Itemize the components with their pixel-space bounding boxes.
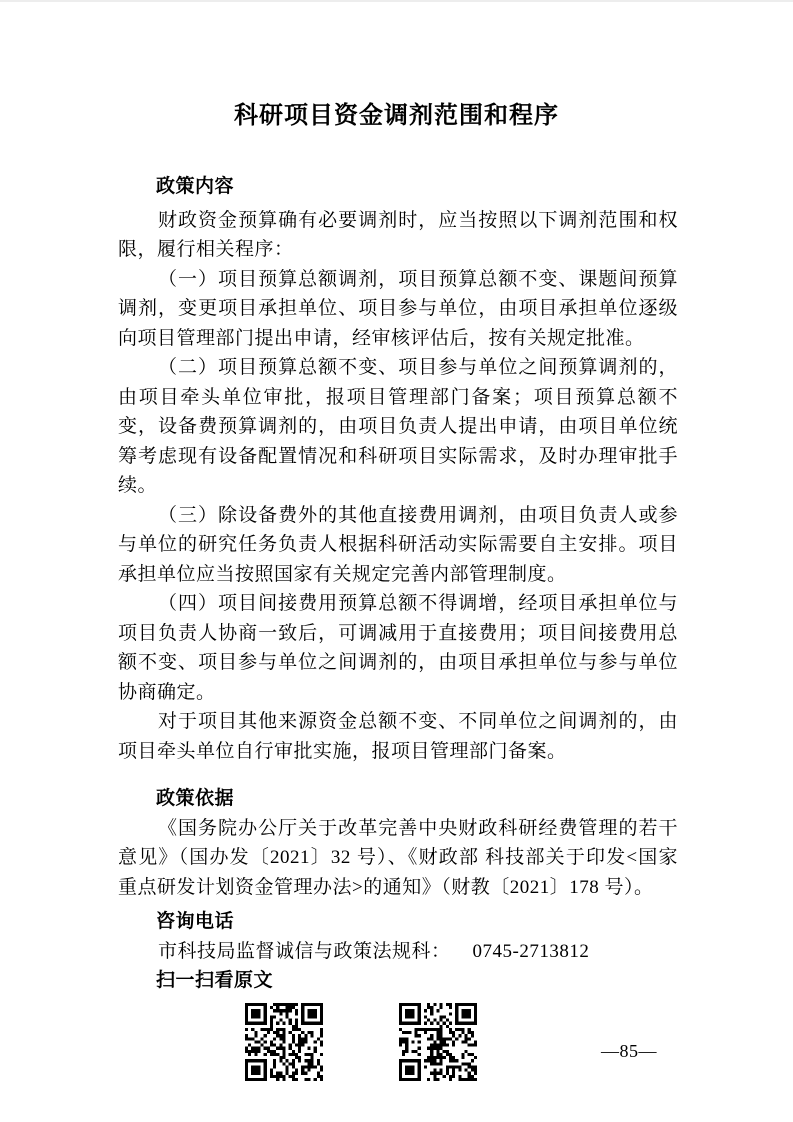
policy-content-paragraph: 财政资金预算确有必要调剂时，应当按照以下调剂范围和权限，履行相关程序： — [118, 206, 678, 265]
qr-code-right-icon — [399, 1003, 477, 1081]
consult-phone-line: 市科技局监督诚信与政策法规科：0745-2713812 — [118, 937, 678, 967]
section-heading-consult-phone: 咨询电话 — [118, 907, 678, 937]
policy-content-paragraph: （四）项目间接费用预算总额不得调增，经项目承担单位与项目负责人协商一致后，可调减… — [118, 589, 678, 707]
policy-basis-paragraph: 《国务院办公厅关于改革完善中央财政科研经费管理的若干意见》（国办发〔2021〕3… — [118, 814, 678, 903]
page-number: —85— — [601, 1041, 657, 1062]
section-heading-policy-basis: 政策依据 — [118, 784, 678, 814]
policy-content-paragraph: 对于项目其他来源资金总额不变、不同单位之间调剂的，由项目牵头单位自行审批实施，报… — [118, 707, 678, 766]
consult-department: 市科技局监督诚信与政策法规科： — [158, 941, 451, 962]
document-content: 政策内容 财政资金预算确有必要调剂时，应当按照以下调剂范围和权限，履行相关程序：… — [118, 165, 678, 1081]
policy-content-paragraph: （一）项目预算总额调剂，项目预算总额不变、课题间预算调剂，变更项目承担单位、项目… — [118, 265, 678, 354]
document-page: 科研项目资金调剂范围和程序 政策内容 财政资金预算确有必要调剂时，应当按照以下调… — [0, 0, 793, 1122]
consult-phone-number: 0745-2713812 — [473, 941, 590, 962]
document-title: 科研项目资金调剂范围和程序 — [0, 101, 793, 131]
section-heading-policy-content: 政策内容 — [118, 172, 678, 202]
policy-content-paragraph: （三）除设备费外的其他直接费用调剂，由项目负责人或参与单位的研究任务负责人根据科… — [118, 501, 678, 590]
policy-content-paragraph: （二）项目预算总额不变、项目参与单位之间预算调剂的，由项目牵头单位审批，报项目管… — [118, 353, 678, 501]
page-top-edge — [0, 0, 793, 2]
qr-code-left-icon — [245, 1003, 323, 1081]
section-heading-scan: 扫一扫看原文 — [118, 966, 678, 996]
